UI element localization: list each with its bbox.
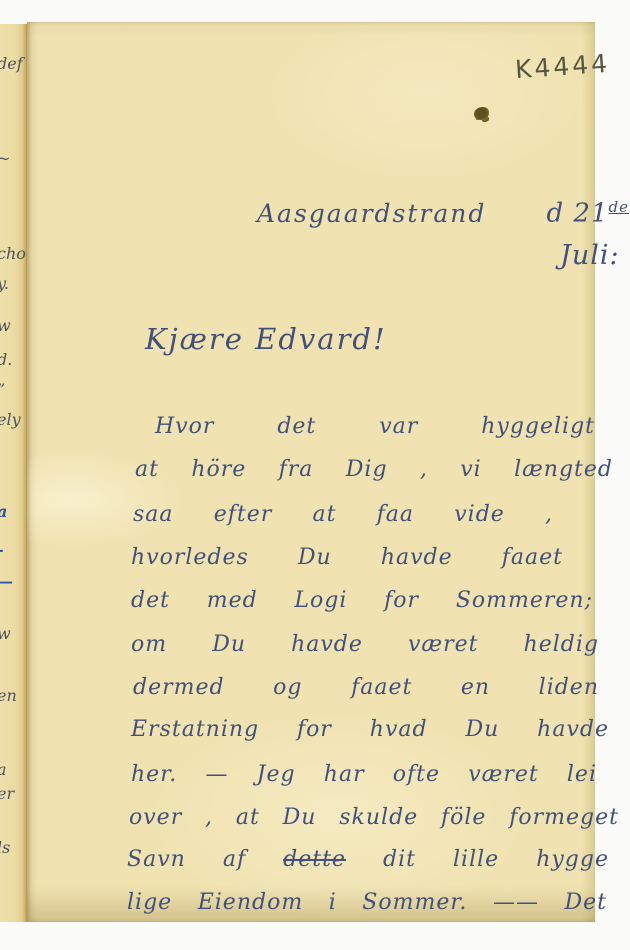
letter-line: saa efter at faa vide ,: [133, 498, 553, 532]
letter-line: dermed og faaet en liden: [133, 671, 599, 705]
letter-line: om Du havde været heldig: [131, 628, 599, 662]
salutation: Kjære Edvard!: [145, 322, 387, 356]
letter-paper: K4444 Aasgaardstrand d 21de Juli: Kjære …: [27, 22, 595, 922]
margin-fragment: y.: [0, 274, 9, 293]
letter-line: her. — Jeg har ofte været lei: [131, 758, 597, 792]
ink-blot: [474, 107, 489, 120]
margin-fragment: cho: [0, 244, 26, 263]
margin-fragment: w: [0, 316, 11, 335]
letter-scan: def ~ cho y. w d. ” ely a - — w en a er …: [0, 0, 630, 950]
margin-fragment: ls: [0, 838, 10, 857]
archive-number-stamp: K4444: [514, 49, 611, 85]
letter-line: hvorledes Du havde faaet: [131, 541, 563, 575]
letter-line: Hvor det var hyggeligt: [155, 410, 595, 444]
margin-fragment: d.: [0, 350, 12, 369]
heading-date-ordinal: de: [609, 198, 629, 216]
letter-line: Erstatning for hvad Du havde: [131, 713, 609, 747]
margin-fragment: -: [0, 540, 4, 559]
letter-line-part: Savn af: [127, 847, 246, 872]
struck-word: dette: [283, 847, 346, 872]
heading-row: Aasgaardstrand d 21de: [257, 198, 629, 229]
letter-line: lige Eiendom i Sommer. —— Det: [127, 886, 607, 920]
margin-fragment: ~: [0, 149, 10, 168]
letter-line: over , at Du skulde föle formeget: [129, 801, 619, 835]
heading-month: Juli:: [560, 240, 620, 271]
margin-fragment: def: [0, 54, 23, 73]
letter-line-part: dit lille hygge: [383, 847, 609, 872]
letter-line: det med Logi for Sommeren;: [131, 584, 593, 618]
heading-date: d 21de: [547, 198, 629, 229]
margin-fragment: ”: [0, 380, 5, 399]
margin-fragment: en: [0, 686, 17, 705]
margin-fragment: —: [0, 572, 13, 591]
margin-fragment: er: [0, 784, 14, 803]
margin-fragment: w: [0, 624, 11, 643]
adjacent-page-strip: def ~ cho y. w d. ” ely a - — w en a er …: [0, 24, 27, 922]
heading-date-day: d 21: [547, 199, 609, 229]
heading-place: Aasgaardstrand: [257, 199, 486, 228]
margin-fragment: a: [0, 760, 7, 779]
letter-line: at höre fra Dig , vi længted: [135, 453, 613, 487]
margin-fragment: a: [0, 502, 7, 521]
letter-line: Savn af dette dit lille hygge: [127, 843, 609, 877]
margin-fragment: ely: [0, 410, 21, 429]
